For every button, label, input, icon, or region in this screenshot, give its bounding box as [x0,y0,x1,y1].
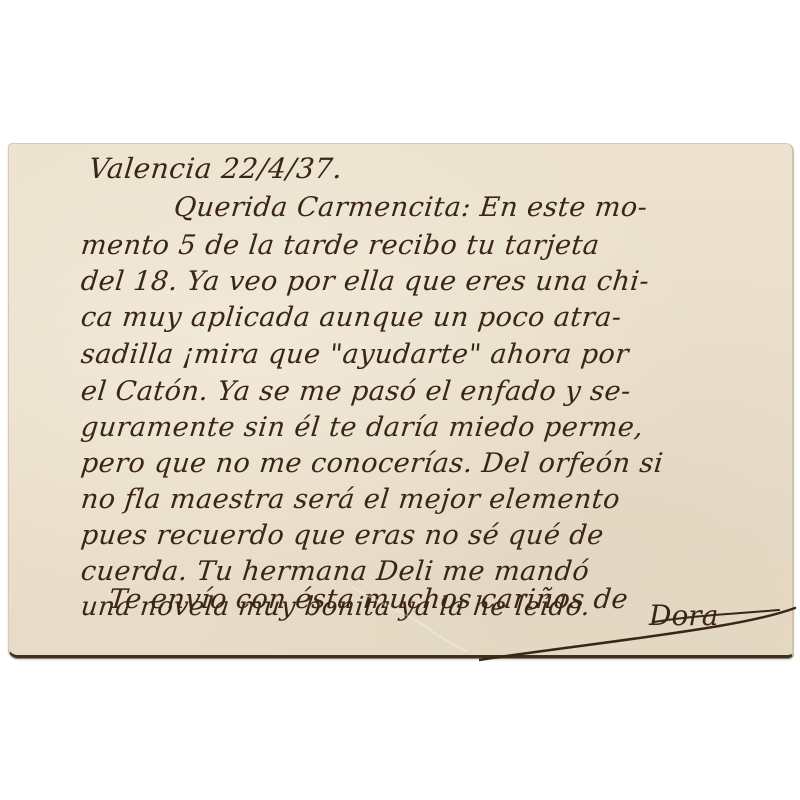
letter-line: pero que no me conocerías. Del orfeón si [79,448,664,479]
letter-line: Querida Carmencita: En este mo- [172,192,649,223]
letter-line: guramente sin él te daría miedo perme, [79,412,645,443]
letter-line: cuerda. Tu hermana Deli me mandó [79,556,591,587]
letter-line: no fla maestra será el mejor elemento [79,484,621,515]
letter-line: mento 5 de la tarde recibo tu tarjeta [79,230,601,261]
signature-flourish [479,604,799,664]
letter-line: sadilla ¡mira que "ayudarte" ahora por [79,339,630,370]
date-line: Valencia 22/4/37. [87,152,344,185]
letter-line: el Catón. Ya se me pasó el enfado y se- [79,376,632,407]
postcard: Valencia 22/4/37. Querida Carmencita: En… [8,143,794,658]
letter-line: ca muy aplicada aunque un poco atra- [79,302,623,333]
letter-line: del 18. Ya veo por ella que eres una chi… [79,266,650,297]
page: Valencia 22/4/37. Querida Carmencita: En… [0,0,800,800]
paper-crease [349,584,469,654]
letter-line: pues recuerdo que eras no sé qué de [79,520,605,551]
